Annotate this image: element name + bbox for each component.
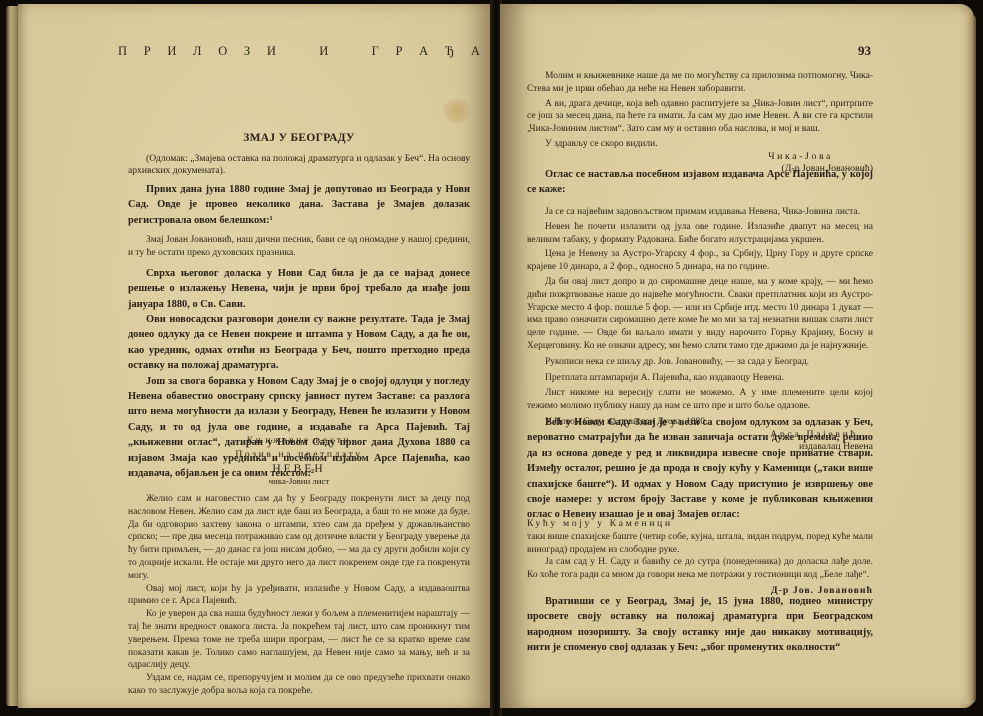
notice-paragraph: Ко је уверен да сва наша будућност лежи … bbox=[128, 608, 470, 672]
running-head-letter: И bbox=[167, 44, 176, 59]
statement-paragraph: Ја се са највећим задовољством примам из… bbox=[527, 206, 873, 219]
notice-paragraph: Уздам се, надам се, препоручујем и молим… bbox=[128, 672, 470, 698]
right-column-body-2: Већ у Новом Саду Змај је у вези са својо… bbox=[527, 415, 873, 523]
notice-tagline: чика-Јовин лист bbox=[128, 476, 470, 487]
advert-paragraph: таки више спахијске баште (четир собе, к… bbox=[527, 531, 873, 557]
paper-stain bbox=[443, 99, 471, 123]
running-head-letter: И bbox=[267, 44, 276, 59]
article-subtitle: (Одломак: „Змајева оставка на положај др… bbox=[128, 153, 470, 177]
right-column-body-3: Вративши се у Београд, Змај је, 15 јуна … bbox=[527, 594, 873, 656]
running-head-space bbox=[293, 44, 303, 59]
running-head-letter: А bbox=[471, 44, 480, 59]
notice-block: Књижевне вести Позив на претплату НЕВЕН … bbox=[128, 434, 470, 698]
statement-paragraph: Невен ће почети излазити од јула ове год… bbox=[527, 221, 873, 247]
page-number: 93 bbox=[858, 43, 871, 59]
statement-paragraph: Рукописи нека се шиљу др. Јов. Јовановић… bbox=[527, 356, 873, 369]
statement-paragraph: Цена је Невену за Аустро-Угарску 4 фор.,… bbox=[527, 248, 873, 274]
running-head-letter: Ђ bbox=[445, 44, 454, 59]
notice-paragraph: Желио сам и наговестио сам да ћу у Беогр… bbox=[128, 493, 470, 583]
article-title: ЗМАЈ У БЕОГРАДУ bbox=[128, 132, 470, 144]
right-column-body: Оглас се наставља посебном изјавом издав… bbox=[527, 167, 873, 198]
paragraph: Већ у Новом Саду Змај је у вези са својо… bbox=[527, 415, 873, 523]
paragraph: Вративши се у Београд, Змај је, 15 јуна … bbox=[527, 594, 873, 656]
paragraph: Првих дана јуна 1880 године Змај је допу… bbox=[128, 182, 470, 228]
book-spread: П Р И Л О З И И Г Р А Ђ А ЗМАЈ У БЕОГРАД… bbox=[0, 0, 983, 716]
statement-paragraph: Да би овај лист допро и до сиромашне дец… bbox=[527, 276, 873, 353]
advert-heading: Кућу моју у Каменици bbox=[527, 518, 873, 531]
sale-advert: Кућу моју у Каменици таки више спахијске… bbox=[527, 518, 873, 597]
notice-paragraph: Молим и књижевнике наше да ме по могућст… bbox=[527, 70, 873, 96]
paragraph: Сврха његовог доласка у Нови Сад била је… bbox=[128, 266, 470, 312]
right-column-top: Молим и књижевнике наше да ме по могућст… bbox=[527, 70, 873, 176]
advert-paragraph: Ја сам сад у Н. Саду и бавићу се до сутр… bbox=[527, 556, 873, 582]
paragraph: Ови новосадски разговори донели су важне… bbox=[128, 312, 470, 374]
running-head-letter: Л bbox=[193, 44, 201, 59]
running-head-space bbox=[345, 44, 355, 59]
statement-paragraph: Претплата штампарији А. Пајевића, као из… bbox=[527, 372, 873, 385]
notice-paragraph: Овај мој лист, који ћу ја уређивати, изл… bbox=[128, 583, 470, 609]
notice-heading: Књижевне вести bbox=[128, 434, 470, 448]
paragraph: Оглас се наставља посебном изјавом издав… bbox=[527, 167, 873, 198]
notice-paragraph: У здрављу се скоро видили. bbox=[527, 138, 873, 151]
running-head-letter: О bbox=[218, 44, 227, 59]
running-head-letter: А bbox=[419, 44, 428, 59]
running-head-letter: И bbox=[319, 44, 328, 59]
running-head-letter: З bbox=[244, 44, 250, 59]
notice-subheading: Позив на претплату bbox=[128, 448, 470, 462]
page-stack-right-edge bbox=[966, 14, 976, 704]
notice-paragraph: А ви, драга дечице, која већ одавно расп… bbox=[527, 98, 873, 136]
running-head-letter: Р bbox=[395, 44, 402, 59]
notice-name: НЕВЕН bbox=[128, 462, 470, 476]
running-head-letter: П bbox=[118, 44, 127, 59]
running-head-letter: Р bbox=[144, 44, 151, 59]
block-quote: Змај Јован Јовановић, наш дични песник, … bbox=[128, 234, 470, 260]
running-head-letter: Г bbox=[372, 44, 379, 59]
signature-name: Чика-Јова bbox=[527, 151, 833, 164]
statement-paragraph: Лист никоме на вересију слати не можемо.… bbox=[527, 387, 873, 413]
running-head: П Р И Л О З И И Г Р А Ђ А bbox=[118, 44, 480, 59]
